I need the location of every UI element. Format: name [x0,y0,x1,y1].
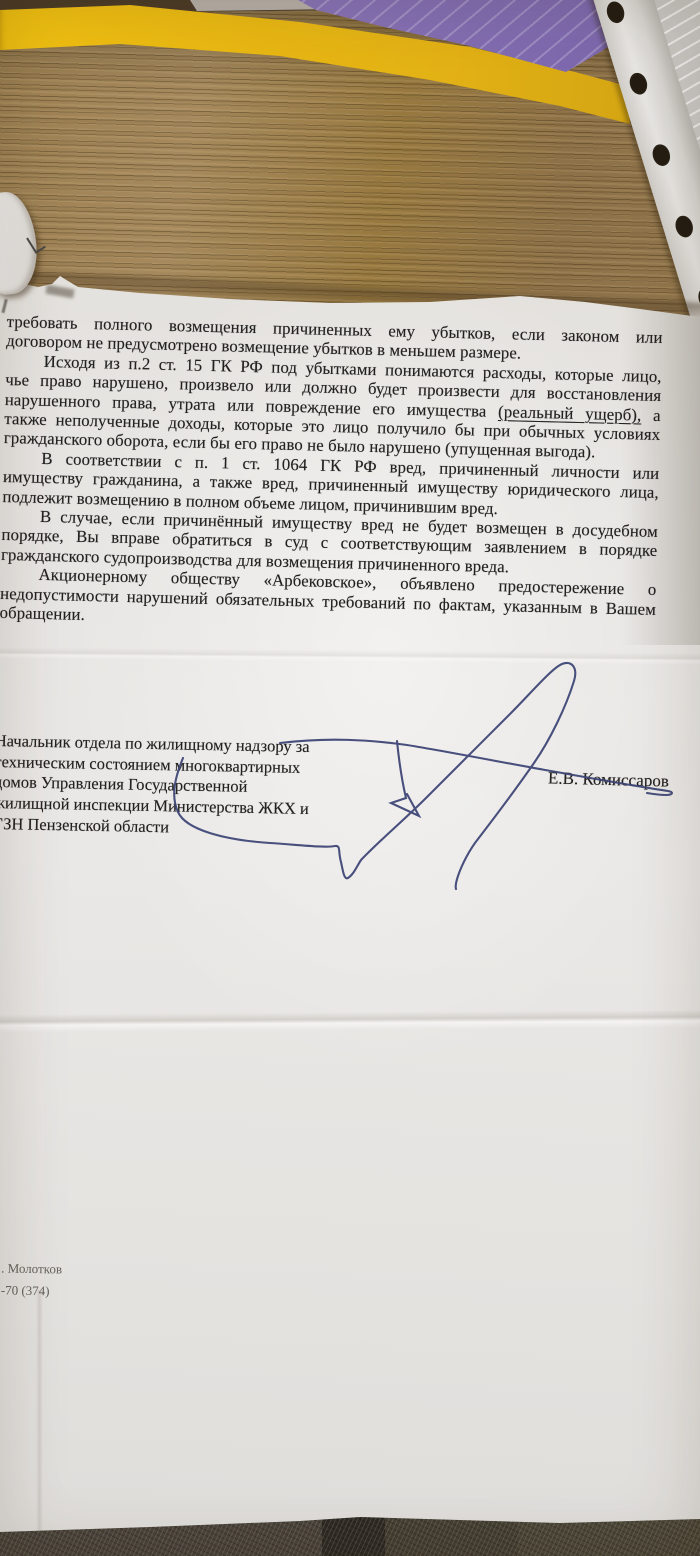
document-body-text: требовать полного возмещения причиненных… [0,312,663,638]
footer-line: -70 (374) [1,1279,62,1302]
torn-edge-shadow [45,285,74,299]
perforation-hole [604,0,627,25]
fold-crease [0,1010,700,1033]
signer-title-block: Начальник отдела по жилищному надзору за… [0,731,395,842]
footer-reference: . Молотков -70 (374) [1,1257,63,1302]
signature-stroke-flag [391,741,419,816]
photo-of-document: требовать полного возмещения причиненных… [0,0,700,1556]
line-segment: а [641,405,661,424]
paper-crease-vertical [36,1290,43,1540]
perforation-hole [673,214,696,240]
paragraph-2: Исходя из п.2 ст. 15 ГК РФ под убытками … [4,351,662,464]
footer-line: . Молотков [1,1257,62,1280]
signer-name: Е.В. Комиссаров [548,768,669,791]
perforation-hole [650,142,673,168]
perforation-hole [627,71,650,97]
fold-crease-faint [0,647,700,665]
